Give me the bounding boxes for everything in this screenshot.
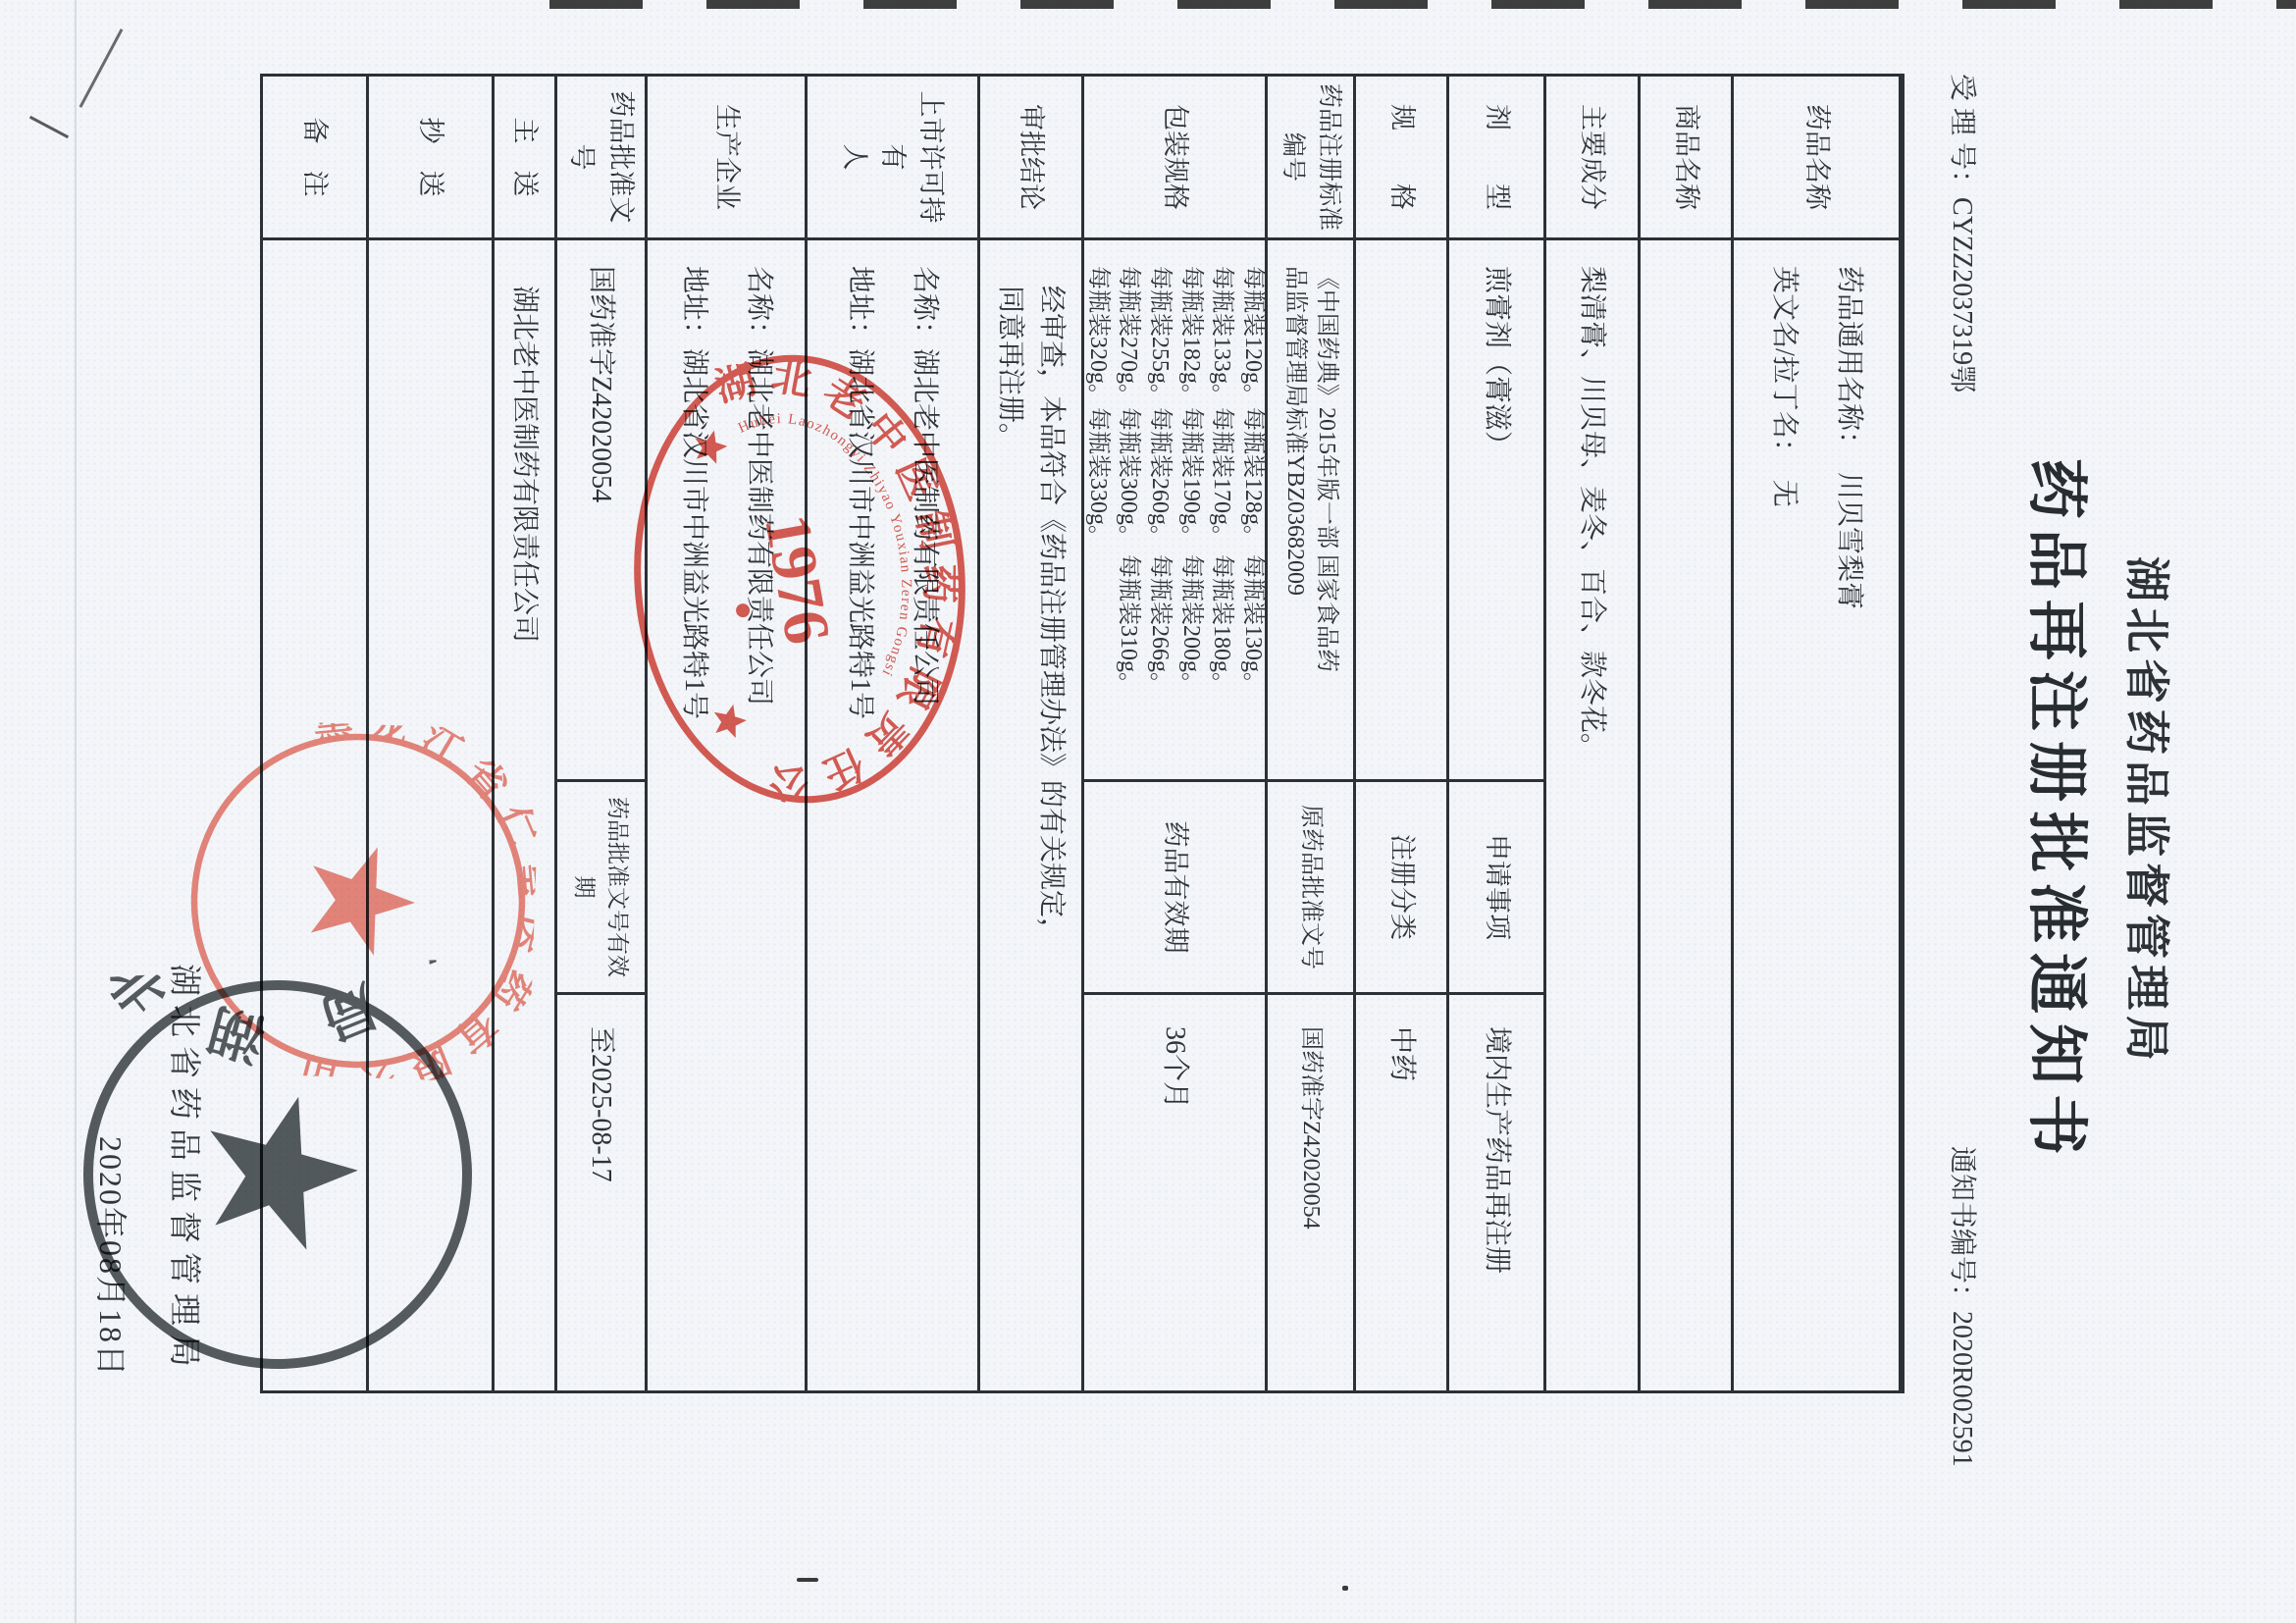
notice-number: 2020R002591 (1947, 1311, 1977, 1467)
row-label: 审批结论 (980, 77, 1081, 240)
row-label: 药品名称 (1734, 77, 1899, 240)
table-row-spec: 规 格 注册分类 中药 (1353, 77, 1446, 1390)
row-value: 煎膏剂（膏滋） (1449, 240, 1543, 782)
row-label: 抄 送 (369, 77, 492, 240)
document-sheet: 湖北省药品监督管理局 药品再注册批准通知书 受 理 号：CYZZ2037319鄂… (0, 0, 2296, 1623)
table-row-manufacturer: 生产企业 名称：湖北老中医制药有限责任公司 地址：湖北省汉川市中洲益光路特1号 (645, 77, 805, 1390)
row-label: 商品名称 (1641, 77, 1731, 240)
table-row-ingredients: 主要成分 梨清膏、川贝母、麦冬、百合、款冬花。 (1543, 77, 1638, 1390)
table-row-drug-name: 药品名称 药品通用名称： 川贝雪梨膏 英文名/拉丁名： 无 (1731, 77, 1899, 1390)
acceptance-number: CYZZ2037319鄂 (1947, 197, 1977, 393)
row-value (263, 240, 366, 1390)
document-title: 药品再注册批准通知书 (2018, 0, 2106, 1623)
row-value (1356, 240, 1446, 782)
row-value: 梨清膏、川贝母、麦冬、百合、款冬花。 (1546, 240, 1638, 1390)
sub-value: 36个月 (1084, 995, 1265, 1390)
notice-label: 通知书编号： (1947, 1146, 1977, 1311)
table-row-dosage-form: 剂 型 煎膏剂（膏滋） 申请事项 境内生产药品再注册 (1446, 77, 1543, 1390)
sub-label: 药品批准文号有效期 (557, 782, 645, 995)
row-label: 主 送 (495, 77, 554, 240)
row-value: 国药准字Z42020054 (557, 240, 645, 782)
approval-table: 药品名称 药品通用名称： 川贝雪梨膏 英文名/拉丁名： 无 商品名称 主要成分 … (260, 74, 1905, 1393)
row-value (369, 240, 492, 1390)
sub-value: 中药 (1356, 995, 1446, 1390)
sub-label: 原药品批准文号 (1268, 782, 1353, 995)
issuing-authority: 湖北省药品监督管理局 (164, 964, 210, 1376)
sub-label: 注册分类 (1356, 782, 1446, 995)
table-row-standard-no: 药品注册标准 编号 《中国药典》2015年版一部 国家食品药 品监督管理局标准Y… (1265, 77, 1353, 1390)
sub-value: 国药准字Z42020054 (1268, 995, 1353, 1390)
table-row-approval-no: 药品批准文号 国药准字Z42020054 药品批准文号有效期 至2025-08-… (554, 77, 645, 1390)
row-value: 《中国药典》2015年版一部 国家食品药 品监督管理局标准YBZ03682009 (1268, 240, 1353, 782)
row-label: 上市许可持有 人 (808, 77, 977, 240)
row-value: 每瓶装120g。每瓶装128g。 每瓶装130g。 每瓶装133g。每瓶装170… (1084, 240, 1265, 782)
agency-title: 湖北省药品监督管理局 (2117, 0, 2182, 1623)
row-value: 经审查，本品符合《药品注册管理办法》的有关规定， 同意再注册。 (980, 240, 1081, 1390)
sub-value: 至2025-08-17 (557, 995, 645, 1390)
row-value: 名称：湖北老中医制药有限责任公司 地址：湖北省汉川市中洲益光路特1号 (648, 240, 805, 1390)
row-label: 药品批准文号 (557, 77, 645, 240)
sub-label: 药品有效期 (1084, 782, 1265, 995)
table-row-remarks: 备 注 (263, 77, 366, 1390)
row-label: 生产企业 (648, 77, 805, 240)
acceptance-number-line: 受 理 号：CYZZ2037319鄂 (1945, 74, 1984, 393)
row-value: 湖北老中医制药有限责任公司 (495, 240, 554, 1390)
table-row-conclusion: 审批结论 经审查，本品符合《药品注册管理办法》的有关规定， 同意再注册。 (977, 77, 1081, 1390)
row-value: 名称：湖北老中医制药有限责任公司 地址：湖北省汉川市中洲益光路特1号 (808, 240, 977, 1390)
table-row-main-send: 主 送 湖北老中医制药有限责任公司 (492, 77, 554, 1390)
sub-value: 境内生产药品再注册 (1449, 995, 1543, 1390)
scanned-page: 湖北省药品监督管理局 药品再注册批准通知书 受 理 号：CYZZ2037319鄂… (0, 0, 2296, 1623)
issue-date: 2020年08月18日 (90, 1136, 135, 1378)
row-value (1641, 240, 1731, 1390)
row-label: 规 格 (1356, 77, 1446, 240)
row-label: 包装规格 (1084, 77, 1265, 240)
row-label: 备 注 (263, 77, 366, 240)
row-label: 主要成分 (1546, 77, 1638, 240)
table-row-packaging: 包装规格 每瓶装120g。每瓶装128g。 每瓶装130g。 每瓶装133g。每… (1081, 77, 1265, 1390)
table-row-trade-name: 商品名称 (1638, 77, 1731, 1390)
row-label: 药品注册标准 编号 (1268, 77, 1353, 240)
notice-number-line: 通知书编号：2020R002591 (1945, 1146, 1984, 1467)
table-row-cc: 抄 送 (366, 77, 492, 1390)
sub-label: 申请事项 (1449, 782, 1543, 995)
row-label: 剂 型 (1449, 77, 1543, 240)
table-row-mah: 上市许可持有 人 名称：湖北老中医制药有限责任公司 地址：湖北省汉川市中洲益光路… (805, 77, 977, 1390)
acceptance-label: 受 理 号： (1947, 74, 1977, 197)
row-value: 药品通用名称： 川贝雪梨膏 英文名/拉丁名： 无 (1734, 240, 1899, 1390)
